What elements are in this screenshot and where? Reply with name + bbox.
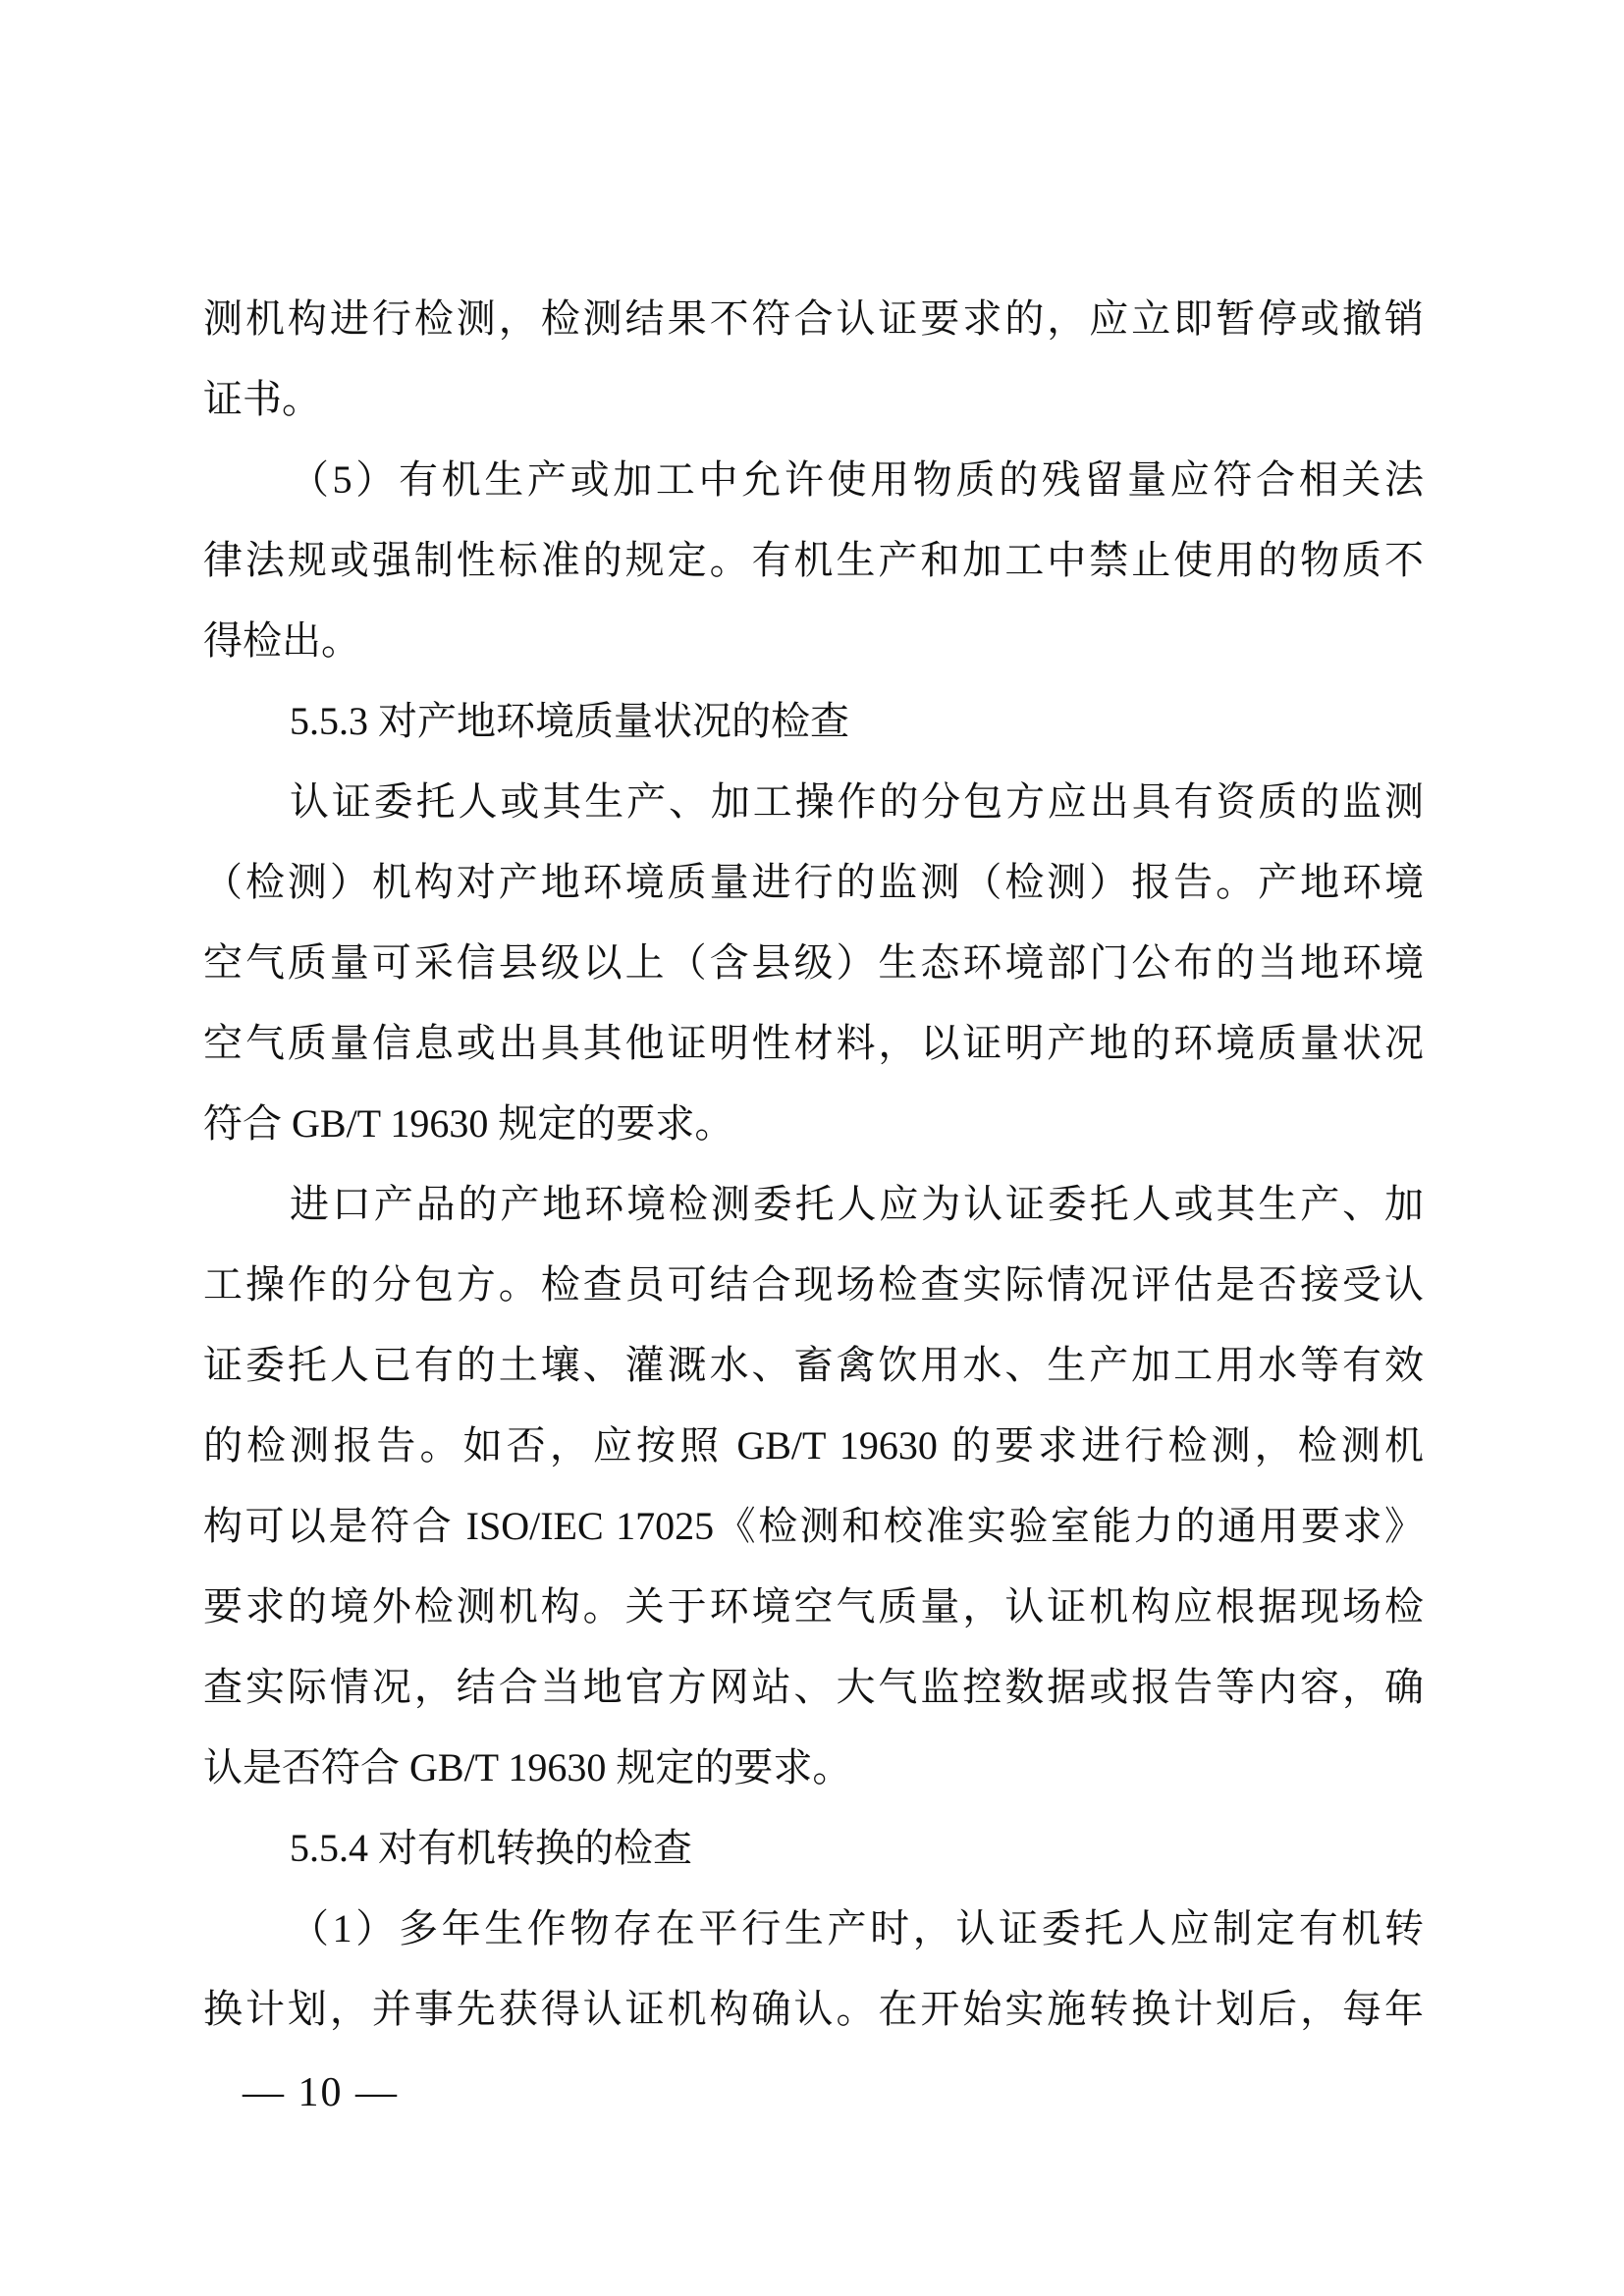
section-heading: 5.5.4 对有机转换的检查	[203, 1808, 1424, 1889]
text-line: （1）多年生作物存在平行生产时，认证委托人应制定有机转	[203, 1889, 1424, 1969]
text-line: 认证委托人或其生产、加工操作的分包方应出具有资质的监测	[203, 762, 1424, 842]
text-line: 得检出。	[203, 601, 1424, 681]
text-line: 构可以是符合 ISO/IEC 17025《检测和校准实验室能力的通用要求》	[203, 1486, 1424, 1567]
text-line: 换计划，并事先获得认证机构确认。在开始实施转换计划后，每年	[203, 1969, 1424, 2050]
text-line: 认是否符合 GB/T 19630 规定的要求。	[203, 1728, 1424, 1808]
text-line: 进口产品的产地环境检测委托人应为认证委托人或其生产、加	[203, 1164, 1424, 1245]
text-line: 要求的境外检测机构。关于环境空气质量，认证机构应根据现场检	[203, 1567, 1424, 1647]
text-line: 查实际情况，结合当地官方网站、大气监控数据或报告等内容，确	[203, 1647, 1424, 1728]
text-line: 证委托人已有的土壤、灌溉水、畜禽饮用水、生产加工用水等有效	[203, 1325, 1424, 1406]
section-heading: 5.5.3 对产地环境质量状况的检查	[203, 681, 1424, 762]
text-line: 的检测报告。如否，应按照 GB/T 19630 的要求进行检测，检测机	[203, 1406, 1424, 1486]
text-line: （检测）机构对产地环境质量进行的监测（检测）报告。产地环境	[203, 842, 1424, 923]
text-line: 证书。	[203, 359, 1424, 440]
text-line: 空气质量信息或出具其他证明性材料，以证明产地的环境质量状况	[203, 1003, 1424, 1084]
text-line: 测机构进行检测，检测结果不符合认证要求的，应立即暂停或撤销	[203, 279, 1424, 359]
text-line: 律法规或强制性标准的规定。有机生产和加工中禁止使用的物质不	[203, 520, 1424, 601]
document-body: 测机构进行检测，检测结果不符合认证要求的，应立即暂停或撤销证书。（5）有机生产或…	[203, 279, 1424, 2050]
text-line: 符合 GB/T 19630 规定的要求。	[203, 1084, 1424, 1164]
text-line: 空气质量可采信县级以上（含县级）生态环境部门公布的当地环境	[203, 923, 1424, 1003]
document-page: 测机构进行检测，检测结果不符合认证要求的，应立即暂停或撤销证书。（5）有机生产或…	[0, 0, 1624, 2296]
text-line: 工操作的分包方。检查员可结合现场检查实际情况评估是否接受认	[203, 1245, 1424, 1325]
page-number: — 10 —	[243, 2069, 399, 2116]
text-line: （5）有机生产或加工中允许使用物质的残留量应符合相关法	[203, 440, 1424, 520]
